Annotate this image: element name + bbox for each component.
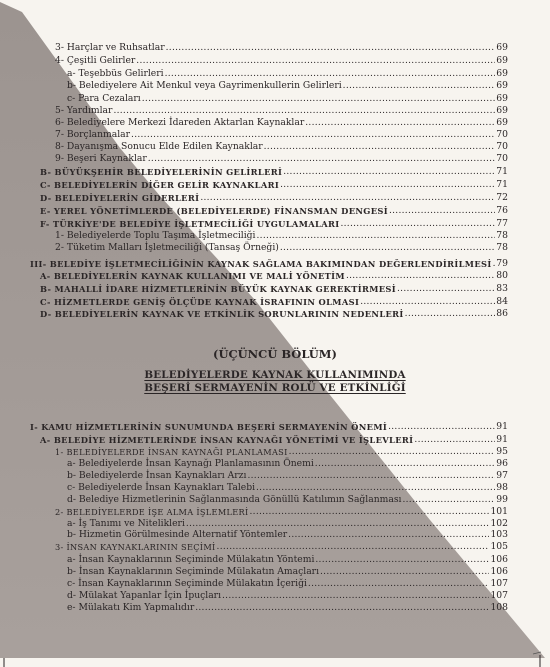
- dot-leader: [320, 566, 489, 578]
- toc-entry-line: C- HİZMETLERDE GENİŞ ÖLÇÜDE KAYNAK İSRAF…: [40, 296, 508, 308]
- dot-leader: [405, 308, 496, 320]
- toc-entry-line: D- BELEDİYELERİN GİDERLERİ72: [40, 192, 508, 204]
- dot-leader: [288, 529, 489, 541]
- toc-entry-label: 7- Borçlanmalar: [55, 129, 130, 141]
- toc-entry-line: c- Belediyelerde İnsan Kaynakları Talebi…: [67, 482, 508, 494]
- dot-leader: [389, 205, 495, 217]
- toc-entry-label: 3- İNSAN KAYNAKLARININ SEÇİMİ: [55, 541, 216, 553]
- toc-page-number: 69: [496, 80, 508, 92]
- toc-page-number: 76: [496, 205, 508, 217]
- dot-leader: [493, 258, 496, 270]
- toc-entry-label: C- BELEDİYELERİN DİĞER GELİR KAYNAKLARI: [40, 179, 279, 191]
- toc-entry: 3- İNSAN KAYNAKLARININ SEÇİMİ105: [0, 541, 550, 553]
- dot-leader: [289, 446, 496, 458]
- chapter-title-line2: BEŞERİ SERMAYENİN ROLÜ VE ETKİNLİĞİ: [0, 382, 550, 394]
- toc-entry-label: 4- Çeşitli Gelirler: [55, 55, 135, 67]
- toc-entry: 2- BELEDİYELERDE İŞE ALMA İŞLEMLERİ101: [0, 506, 550, 518]
- chapter-title-line1: BELEDİYELERDE KAYNAK KULLANIMINDA: [0, 369, 550, 381]
- toc-entry-label: D- BELEDİYELERİN KAYNAK VE ETKİNLİK SORU…: [40, 308, 404, 320]
- dot-leader: [250, 506, 490, 518]
- toc-entry-label: B- MAHALLİ İDARE HİZMETLERİNİN BÜYÜK KAY…: [40, 283, 396, 295]
- toc-entry: b- İnsan Kaynaklarının Seçiminde Mülakat…: [0, 566, 550, 578]
- toc-entry-label: 2- BELEDİYELERDE İŞE ALMA İŞLEMLERİ: [55, 506, 249, 518]
- toc-page-number: 98: [496, 482, 508, 494]
- toc-page-number: 71: [496, 179, 508, 191]
- dot-leader: [222, 590, 489, 602]
- toc-entry-line: a- Teşebbüs Gelirleri69: [67, 68, 508, 80]
- toc-page-number: 80: [496, 270, 508, 282]
- dot-leader: [166, 42, 496, 54]
- toc-entry: D- BELEDİYELERİN GİDERLERİ72: [0, 192, 550, 204]
- toc-entry: d- Mülakat Yapanlar İçin İpuçları107: [0, 590, 550, 602]
- toc-entry-label: 6- Belediyelere Merkezi İdareden Aktarla…: [55, 117, 304, 129]
- toc-entry-label: 1- BELEDİYELERDE İNSAN KAYNAĞI PLANLAMAS…: [55, 446, 288, 458]
- toc-page-number: 101: [490, 506, 508, 518]
- toc-page-number: 95: [496, 446, 508, 458]
- toc-entry-line: b- Hizmetin Görülmesinde Alternatif Yönt…: [67, 529, 508, 541]
- toc-entry-line: A- BELEDİYELERİN KAYNAK KULLANIMI VE MAL…: [40, 270, 508, 282]
- toc-page-number: 84: [496, 296, 508, 308]
- toc-page-number: 79: [496, 258, 508, 270]
- dot-leader: [315, 554, 489, 566]
- dot-leader: [136, 55, 495, 67]
- toc-entry-line: 2- Tüketim Malları İşletmeciliği (Tansaş…: [55, 242, 508, 254]
- toc-entry-line: a- İnsan Kaynaklarının Seçiminde Mülakat…: [67, 554, 508, 566]
- toc-page-number: 71: [496, 166, 508, 178]
- toc-entry-label: A- BELEDİYELERİN KAYNAK KULLANIMI VE MAL…: [40, 270, 345, 282]
- dot-leader: [280, 242, 495, 254]
- toc-entry-line: B- MAHALLİ İDARE HİZMETLERİNİN BÜYÜK KAY…: [40, 283, 508, 295]
- toc-entry: F- TÜRKİYE'DE BELEDİYE İŞLETMECİLİĞİ UYG…: [0, 218, 550, 230]
- toc-entry: a- İnsan Kaynaklarının Seçiminde Mülakat…: [0, 554, 550, 566]
- dot-leader: [113, 105, 495, 117]
- toc-entry-line: c- Para Cezaları69: [67, 93, 508, 105]
- scanned-page: 3- Harçlar ve Ruhsatlar694- Çeşitli Geli…: [0, 0, 550, 667]
- toc-entry-line: 8- Dayanışma Sonucu Elde Edilen Kaynakla…: [55, 141, 508, 153]
- toc-entry-label: 1- Belediyelerde Toplu Taşıma İşletmecil…: [55, 230, 256, 242]
- toc-entry-label: 5- Yardımlar: [55, 105, 112, 117]
- dot-leader: [165, 68, 496, 80]
- toc-page-number: 91: [496, 434, 508, 446]
- toc-page-number: 69: [496, 55, 508, 67]
- toc-entry-label: D- BELEDİYELERİN GİDERLERİ: [40, 192, 199, 204]
- dot-leader: [308, 578, 490, 590]
- toc-entry: C- HİZMETLERDE GENİŞ ÖLÇÜDE KAYNAK İSRAF…: [0, 296, 550, 308]
- toc-entry-line: 6- Belediyelere Merkezi İdareden Aktarla…: [55, 117, 508, 129]
- toc-entry: c- İnsan Kaynaklarının Seçiminde Mülakat…: [0, 578, 550, 590]
- toc-entry-line: A- BELEDİYE HİZMETLERİNDE İNSAN KAYNAĞI …: [40, 434, 508, 446]
- dot-leader: [360, 296, 495, 308]
- toc-page-number: 78: [496, 242, 508, 254]
- toc-entry-line: a- Belediyelerde İnsan Kaynağı Planlamas…: [67, 458, 508, 470]
- dot-leader: [247, 470, 495, 482]
- dot-leader: [340, 218, 495, 230]
- toc-entry-line: 1- BELEDİYELERDE İNSAN KAYNAĞI PLANLAMAS…: [55, 446, 508, 458]
- toc-page-number: 106: [490, 554, 508, 566]
- toc-entry-line: 3- İNSAN KAYNAKLARININ SEÇİMİ105: [55, 541, 508, 553]
- dot-leader: [195, 602, 489, 614]
- toc-entry-label: B- BÜYÜKŞEHİR BELEDİYELERİNİN GELİRLERİ: [40, 166, 282, 178]
- toc-entry-label: 3- Harçlar ve Ruhsatlar: [55, 42, 165, 54]
- toc-entry: 6- Belediyelere Merkezi İdareden Aktarla…: [0, 117, 550, 129]
- toc-entry: 3- Harçlar ve Ruhsatlar69: [0, 42, 550, 54]
- toc-entry-line: 2- BELEDİYELERDE İŞE ALMA İŞLEMLERİ101: [55, 506, 508, 518]
- toc-entry: 7- Borçlanmalar70: [0, 129, 550, 141]
- toc-page-number: 70: [496, 129, 508, 141]
- toc-entry: 8- Dayanışma Sonucu Elde Edilen Kaynakla…: [0, 141, 550, 153]
- toc-entry-label: c- İnsan Kaynaklarının Seçiminde Mülakat…: [67, 578, 307, 590]
- dot-leader: [388, 421, 495, 433]
- toc-entry-line: b- İnsan Kaynaklarının Seçiminde Mülakat…: [67, 566, 508, 578]
- toc-page-number: 97: [496, 470, 508, 482]
- toc-entry: A- BELEDİYELERİN KAYNAK KULLANIMI VE MAL…: [0, 270, 550, 282]
- toc-page-number: 69: [496, 68, 508, 80]
- toc-page-number: 105: [490, 541, 508, 553]
- toc-entry: B- MAHALLİ İDARE HİZMETLERİNİN BÜYÜK KAY…: [0, 283, 550, 295]
- dot-leader: [200, 192, 495, 204]
- toc-entry-line: 1- Belediyelerde Toplu Taşıma İşletmecil…: [55, 230, 508, 242]
- toc-entry-label: I- KAMU HİZMETLERİNİN SUNUMUNDA BEŞERİ S…: [30, 421, 387, 433]
- toc-entry: c- Belediyelerde İnsan Kaynakları Talebi…: [0, 482, 550, 494]
- toc-entry-label: b- İnsan Kaynaklarının Seçiminde Mülakat…: [67, 566, 319, 578]
- toc-page-number: 69: [496, 42, 508, 54]
- toc-page-number: 70: [496, 153, 508, 165]
- toc-entry-line: b- Belediyelere Ait Menkul veya Gayrimen…: [67, 80, 508, 92]
- toc-entry: B- BÜYÜKŞEHİR BELEDİYELERİNİN GELİRLERİ7…: [0, 166, 550, 178]
- dot-leader: [264, 141, 496, 153]
- toc-entry-label: b- Belediyelerde İnsan Kaynakları Arzı: [67, 470, 246, 482]
- dot-leader: [257, 230, 496, 242]
- toc-page-number: 91: [496, 421, 508, 433]
- toc-page-number: 96: [496, 458, 508, 470]
- toc-entry: a- Teşebbüs Gelirleri69: [0, 68, 550, 80]
- toc-page-number: 106: [490, 566, 508, 578]
- toc-entry-line: III- BELEDİYE İŞLETMECİLİĞİNİN KAYNAK SA…: [30, 258, 508, 270]
- toc-entry: a- Belediyelerde İnsan Kaynağı Planlamas…: [0, 458, 550, 470]
- toc-entry-line: I- KAMU HİZMETLERİNİN SUNUMUNDA BEŞERİ S…: [30, 421, 508, 433]
- toc-entry-label: a- Belediyelerde İnsan Kaynağı Planlamas…: [67, 458, 314, 470]
- toc-page-number: 72: [496, 192, 508, 204]
- toc-entry: 1- BELEDİYELERDE İNSAN KAYNAĞI PLANLAMAS…: [0, 446, 550, 458]
- toc-page-number: 69: [496, 105, 508, 117]
- toc-entry: E- YEREL YÖNETİMLERDE (BELEDİYELERDE) Fİ…: [0, 205, 550, 217]
- toc-entry: III- BELEDİYE İŞLETMECİLİĞİNİN KAYNAK SA…: [0, 258, 550, 270]
- dot-leader: [280, 179, 495, 191]
- toc-entry-label: a- İnsan Kaynaklarının Seçiminde Mülakat…: [67, 554, 314, 566]
- toc-entry-line: F- TÜRKİYE'DE BELEDİYE İŞLETMECİLİĞİ UYG…: [40, 218, 508, 230]
- toc-entry-line: D- BELEDİYELERİN KAYNAK VE ETKİNLİK SORU…: [40, 308, 508, 320]
- toc-entry-label: a- Teşebbüs Gelirleri: [67, 68, 164, 80]
- toc-entry-line: b- Belediyelerde İnsan Kaynakları Arzı97: [67, 470, 508, 482]
- toc-entry-line: 3- Harçlar ve Ruhsatlar69: [55, 42, 508, 54]
- toc-page-number: 107: [490, 590, 508, 602]
- toc-entry: e- Mülakatı Kim Yapmalıdır108: [0, 602, 550, 614]
- dot-leader: [397, 283, 495, 295]
- toc-entry-line: 7- Borçlanmalar70: [55, 129, 508, 141]
- toc-entry: I- KAMU HİZMETLERİNİN SUNUMUNDA BEŞERİ S…: [0, 421, 550, 433]
- toc-entry: C- BELEDİYELERİN DİĞER GELİR KAYNAKLARI7…: [0, 179, 550, 191]
- toc-entry: 4- Çeşitli Gelirler69: [0, 55, 550, 67]
- toc-entry: 9- Beşeri Kaynaklar70: [0, 153, 550, 165]
- toc-entry-line: c- İnsan Kaynaklarının Seçiminde Mülakat…: [67, 578, 508, 590]
- toc-entry: c- Para Cezaları69: [0, 93, 550, 105]
- dot-leader: [283, 166, 495, 178]
- dot-leader: [402, 494, 495, 506]
- toc-page-number: 107: [490, 578, 508, 590]
- dot-leader: [343, 80, 496, 92]
- toc-entry-line: 5- Yardımlar69: [55, 105, 508, 117]
- toc-entry: b- Hizmetin Görülmesinde Alternatif Yönt…: [0, 529, 550, 541]
- toc-page-number: 77: [496, 218, 508, 230]
- toc-entry-label: d- Belediye Hizmetlerinin Sağlanmasında …: [67, 494, 401, 506]
- toc-entry-label: d- Mülakat Yapanlar İçin İpuçları: [67, 590, 221, 602]
- toc-entry-label: E- YEREL YÖNETİMLERDE (BELEDİYELERDE) Fİ…: [40, 205, 388, 217]
- toc-entry: 5- Yardımlar69: [0, 105, 550, 117]
- chapter-part: (ÜÇÜNCÜ BÖLÜM): [0, 347, 550, 361]
- toc-entry-label: b- Hizmetin Görülmesinde Alternatif Yönt…: [67, 529, 287, 541]
- dot-leader: [217, 541, 490, 553]
- toc-entry: D- BELEDİYELERİN KAYNAK VE ETKİNLİK SORU…: [0, 308, 550, 320]
- toc-entry-label: c- Belediyelerde İnsan Kaynakları Talebi: [67, 482, 255, 494]
- toc-entry: 1- Belediyelerde Toplu Taşıma İşletmecil…: [0, 230, 550, 242]
- toc-page-number: 69: [496, 93, 508, 105]
- toc-entry: A- BELEDİYE HİZMETLERİNDE İNSAN KAYNAĞI …: [0, 434, 550, 446]
- toc-entry-line: e- Mülakatı Kim Yapmalıdır108: [67, 602, 508, 614]
- toc-entry-label: 8- Dayanışma Sonucu Elde Edilen Kaynakla…: [55, 141, 263, 153]
- toc-entry: d- Belediye Hizmetlerinin Sağlanmasında …: [0, 494, 550, 506]
- toc-entry-line: B- BÜYÜKŞEHİR BELEDİYELERİNİN GELİRLERİ7…: [40, 166, 508, 178]
- dot-leader: [305, 117, 495, 129]
- toc-entry-label: C- HİZMETLERDE GENİŞ ÖLÇÜDE KAYNAK İSRAF…: [40, 296, 359, 308]
- dot-leader: [346, 270, 495, 282]
- toc-entry-label: III- BELEDİYE İŞLETMECİLİĞİNİN KAYNAK SA…: [30, 258, 492, 270]
- dot-leader: [414, 434, 495, 446]
- toc-page-number: 83: [496, 283, 508, 295]
- dot-leader: [148, 153, 496, 165]
- toc-entry-line: C- BELEDİYELERİN DİĞER GELİR KAYNAKLARI7…: [40, 179, 508, 191]
- toc-entry-line: 4- Çeşitli Gelirler69: [55, 55, 508, 67]
- toc-entry-line: d- Belediye Hizmetlerinin Sağlanmasında …: [67, 494, 508, 506]
- toc-page-number: 99: [496, 494, 508, 506]
- toc-entry: 2- Tüketim Malları İşletmeciliği (Tansaş…: [0, 242, 550, 254]
- toc-entry-label: 9- Beşeri Kaynaklar: [55, 153, 147, 165]
- toc-entry-label: 2- Tüketim Malları İşletmeciliği (Tansaş…: [55, 242, 279, 254]
- dot-leader: [315, 458, 496, 470]
- dot-leader: [142, 93, 496, 105]
- dot-leader: [256, 482, 495, 494]
- toc-page-number: 103: [490, 529, 508, 541]
- toc-entry-label: e- Mülakatı Kim Yapmalıdır: [67, 602, 194, 614]
- toc-page-number: 108: [490, 602, 508, 614]
- toc-page-number: 70: [496, 141, 508, 153]
- toc-entry-label: F- TÜRKİYE'DE BELEDİYE İŞLETMECİLİĞİ UYG…: [40, 218, 339, 230]
- toc-page-number: 86: [496, 308, 508, 320]
- toc-page-number: 78: [496, 230, 508, 242]
- dot-leader: [131, 129, 495, 141]
- toc-entry-label: A- BELEDİYE HİZMETLERİNDE İNSAN KAYNAĞI …: [40, 434, 413, 446]
- toc-entry-line: 9- Beşeri Kaynaklar70: [55, 153, 508, 165]
- toc-entry-label: b- Belediyelere Ait Menkul veya Gayrimen…: [67, 80, 342, 92]
- toc-entry: b- Belediyelere Ait Menkul veya Gayrimen…: [0, 80, 550, 92]
- toc-entry: b- Belediyelerde İnsan Kaynakları Arzı97: [0, 470, 550, 482]
- toc-entry-line: d- Mülakat Yapanlar İçin İpuçları107: [67, 590, 508, 602]
- toc-entry-line: E- YEREL YÖNETİMLERDE (BELEDİYELERDE) Fİ…: [40, 205, 508, 217]
- toc-page-number: 69: [496, 117, 508, 129]
- toc-entry-label: c- Para Cezaları: [67, 93, 141, 105]
